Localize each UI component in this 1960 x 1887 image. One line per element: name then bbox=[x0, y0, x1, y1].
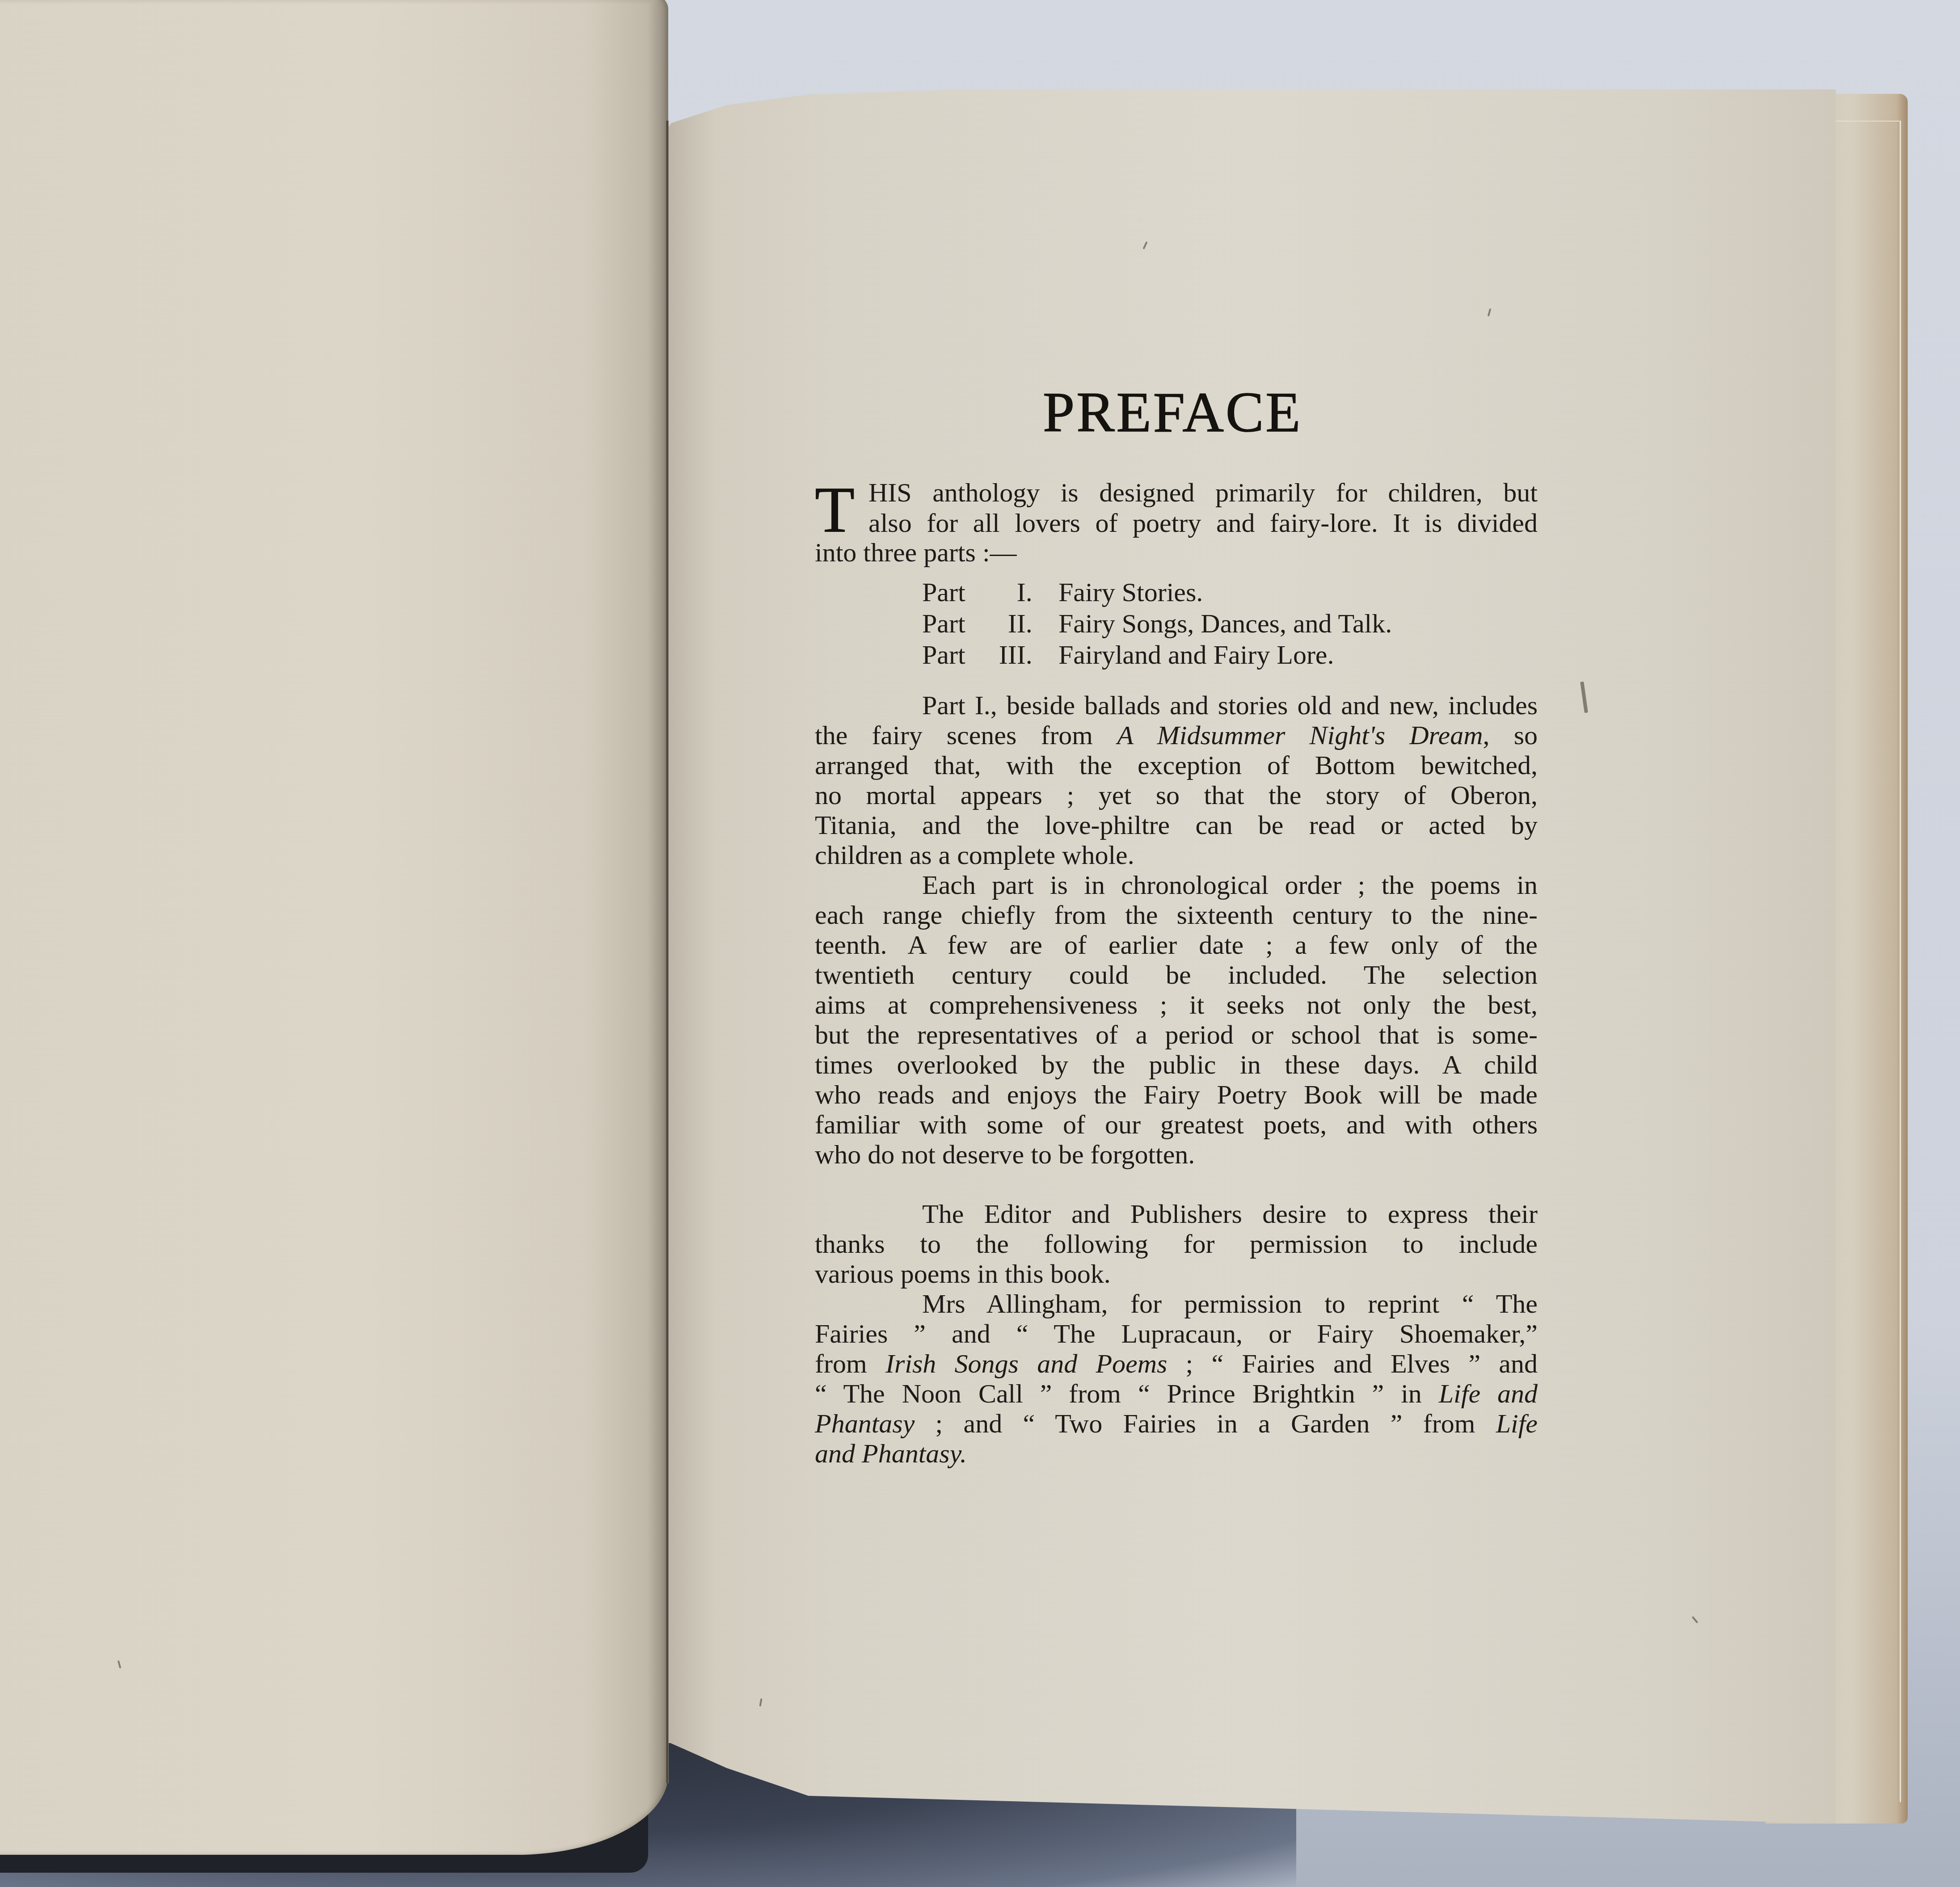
play-title-italic: A Midsummer Night's Dream bbox=[1117, 720, 1483, 750]
paragraph-line: from Irish Songs and Poems ; “ Fairies a… bbox=[815, 1350, 1538, 1377]
paragraph-line: familiar with some of our greatest poets… bbox=[815, 1111, 1538, 1138]
paragraph-line: teenth. A few are of earlier date ; a fe… bbox=[815, 931, 1538, 958]
book-title-italic: Life bbox=[1496, 1409, 1538, 1438]
paragraph-line: various poems in this book. bbox=[815, 1260, 1538, 1287]
paragraph-line: aims at comprehensiveness ; it seeks not… bbox=[815, 991, 1538, 1018]
part-label: Part bbox=[922, 609, 965, 638]
paragraph-line: The Editor and Publishers desire to expr… bbox=[815, 1200, 1538, 1227]
part-numeral: II. bbox=[965, 610, 1033, 637]
text-run: from bbox=[815, 1349, 867, 1378]
drop-cap: T bbox=[815, 477, 855, 543]
part-title: Fairy Stories. bbox=[1058, 579, 1203, 606]
page-title: PREFACE bbox=[1043, 383, 1302, 441]
paragraph-line: twentieth century could be included. The… bbox=[815, 961, 1538, 988]
paragraph-line: Fairies ” and “ The Lupracaun, or Fairy … bbox=[815, 1320, 1538, 1347]
part-numeral: I. bbox=[965, 579, 1033, 606]
book-title-italic: Phantasy bbox=[815, 1409, 915, 1438]
part-label: Part bbox=[922, 577, 965, 607]
left-page-foxing bbox=[0, 0, 650, 4]
paragraph-line: children as a complete whole. bbox=[815, 842, 1538, 868]
text-run: , so bbox=[1483, 720, 1538, 750]
paragraph-line: arranged that, with the exception of Bot… bbox=[815, 752, 1538, 779]
left-page bbox=[0, 0, 668, 1855]
intro-line: also for all lovers of poetry and fairy-… bbox=[868, 510, 1538, 536]
paragraph-line: “ The Noon Call ” from “ Prince Brightki… bbox=[815, 1380, 1538, 1407]
text-run: ; and “ Two Fairies in a Garden ” from bbox=[915, 1409, 1475, 1438]
book-title-italic: Irish Songs and Poems bbox=[885, 1349, 1167, 1378]
part-list-item: PartI.Fairy Stories. bbox=[922, 579, 1203, 606]
paragraph-line: Part I., beside ballads and stories old … bbox=[815, 692, 1538, 719]
part-title: Fairyland and Fairy Lore. bbox=[1058, 641, 1334, 668]
paragraph-line: Phantasy ; and “ Two Fairies in a Garden… bbox=[815, 1410, 1538, 1437]
paragraph-line: thanks to the following for permission t… bbox=[815, 1230, 1538, 1257]
paragraph-line: the fairy scenes from A Midsummer Night'… bbox=[815, 722, 1538, 749]
paragraph-line: Mrs Allingham, for permission to reprint… bbox=[815, 1290, 1538, 1317]
text-run: the fairy scenes from bbox=[815, 720, 1093, 750]
paragraph-line: Titania, and the love-philtre can be rea… bbox=[815, 812, 1538, 838]
paragraph-line: each range chiefly from the sixteenth ce… bbox=[815, 901, 1538, 928]
text-run: “ The Noon Call ” from “ Prince Brightki… bbox=[815, 1379, 1422, 1408]
paragraph-line: but the representatives of a period or s… bbox=[815, 1021, 1538, 1048]
paragraph-line: times overlooked by the public in these … bbox=[815, 1051, 1538, 1078]
part-label: Part bbox=[922, 640, 965, 670]
paragraph-line: who reads and enjoys the Fairy Poetry Bo… bbox=[815, 1081, 1538, 1108]
part-list-item: PartII.Fairy Songs, Dances, and Talk. bbox=[922, 610, 1392, 637]
text-run: ; “ Fairies and Elves ” and bbox=[1167, 1349, 1538, 1378]
intro-line: HIS anthology is designed primarily for … bbox=[868, 479, 1538, 506]
book-title-italic: Life and bbox=[1439, 1379, 1538, 1408]
paragraph-line: no mortal appears ; yet so that the stor… bbox=[815, 782, 1538, 809]
paragraph-line: Each part is in chronological order ; th… bbox=[815, 872, 1538, 898]
paragraph-line: who do not deserve to be forgotten. bbox=[815, 1141, 1538, 1168]
book-spine-gutter bbox=[666, 121, 669, 1783]
part-numeral: III. bbox=[965, 641, 1033, 668]
part-list-item: PartIII.Fairyland and Fairy Lore. bbox=[922, 641, 1334, 668]
part-title: Fairy Songs, Dances, and Talk. bbox=[1058, 610, 1392, 637]
paragraph-line: and Phantasy. bbox=[815, 1440, 1538, 1467]
intro-line: into three parts :— bbox=[815, 539, 1538, 566]
